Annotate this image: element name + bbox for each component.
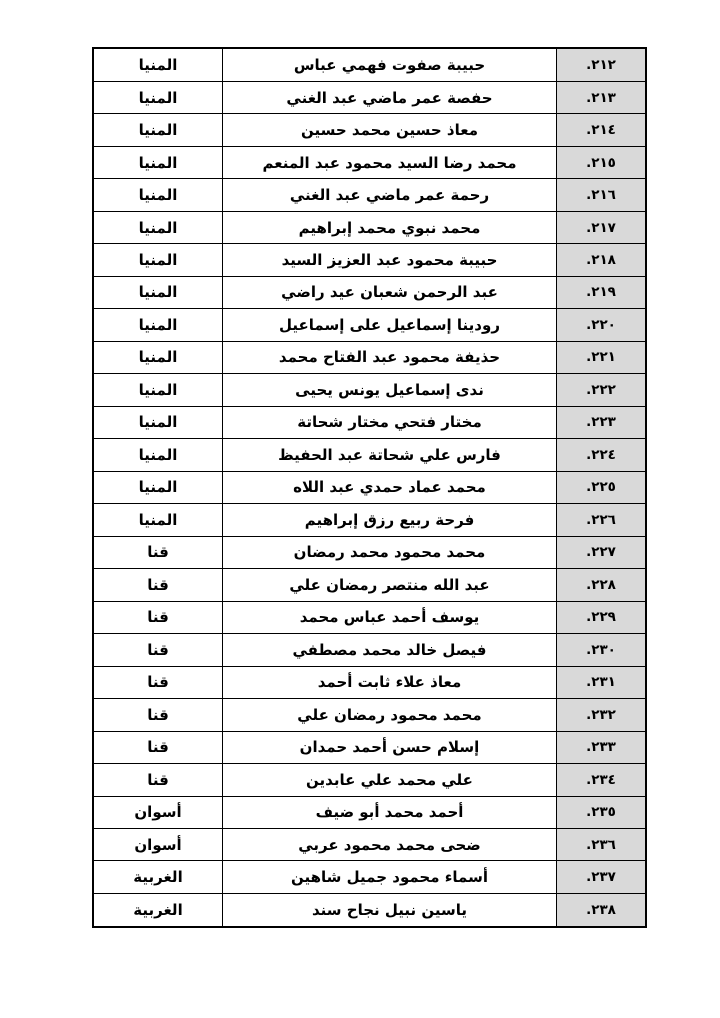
serial-number-cell: ٢١٣. (557, 81, 647, 113)
serial-number-cell: ٢٣٣. (557, 731, 647, 763)
serial-number-cell: ٢٣٥. (557, 796, 647, 828)
person-name-cell: محمد رضا السيد محمود عبد المنعم (223, 146, 557, 178)
table-row: ٢٢٠. رودينا إسماعيل على إسماعيل المنيا (93, 309, 646, 341)
person-name-cell: ياسين نبيل نجاح سند (223, 893, 557, 927)
governorate-cell: الغربية (93, 861, 223, 893)
governorate-cell: المنيا (93, 179, 223, 211)
governorate-cell: قنا (93, 569, 223, 601)
person-name-cell: حبيبة صفوت فهمي عباس (223, 48, 557, 81)
table-row: ٢٢٧. محمد محمود محمد رمضان قنا (93, 536, 646, 568)
person-name-cell: معاذ حسين محمد حسين (223, 114, 557, 146)
person-name-cell: علي محمد علي عابدين (223, 764, 557, 796)
serial-number-cell: ٢٢٣. (557, 406, 647, 438)
person-name-cell: فارس علي شحاتة عبد الحفيظ (223, 439, 557, 471)
serial-number-cell: ٢١٥. (557, 146, 647, 178)
table-row: ٢١٦. رحمة عمر ماضي عبد الغني المنيا (93, 179, 646, 211)
governorate-cell: قنا (93, 731, 223, 763)
table-row: ٢٣٠. فيصل خالد محمد مصطفي قنا (93, 634, 646, 666)
person-name-cell: يوسف أحمد عباس محمد (223, 601, 557, 633)
person-name-cell: فيصل خالد محمد مصطفي (223, 634, 557, 666)
governorate-cell: المنيا (93, 374, 223, 406)
person-name-cell: ندى إسماعيل يونس يحيى (223, 374, 557, 406)
person-name-cell: أسماء محمود جميل شاهين (223, 861, 557, 893)
person-name-cell: معاذ علاء ثابت أحمد (223, 666, 557, 698)
roster-table-body: ٢١٢. حبيبة صفوت فهمي عباس المنيا ٢١٣. حف… (93, 48, 646, 927)
person-name-cell: عبد الرحمن شعبان عيد راضي (223, 276, 557, 308)
serial-number-cell: ٢٣٨. (557, 893, 647, 927)
serial-number-cell: ٢١٢. (557, 48, 647, 81)
table-row: ٢٢٨. عبد الله منتصر رمضان علي قنا (93, 569, 646, 601)
table-row: ٢٢٤. فارس علي شحاتة عبد الحفيظ المنيا (93, 439, 646, 471)
serial-number-cell: ٢١٨. (557, 244, 647, 276)
governorate-cell: المنيا (93, 439, 223, 471)
governorate-cell: المنيا (93, 471, 223, 503)
serial-number-cell: ٢١٩. (557, 276, 647, 308)
person-name-cell: رودينا إسماعيل على إسماعيل (223, 309, 557, 341)
serial-number-cell: ٢٢٢. (557, 374, 647, 406)
serial-number-cell: ٢٢١. (557, 341, 647, 373)
table-row: ٢١٧. محمد نبوي محمد إبراهيم المنيا (93, 211, 646, 243)
governorate-cell: قنا (93, 536, 223, 568)
table-row: ٢١٩. عبد الرحمن شعبان عيد راضي المنيا (93, 276, 646, 308)
person-name-cell: إسلام حسن أحمد حمدان (223, 731, 557, 763)
governorate-cell: قنا (93, 699, 223, 731)
governorate-cell: المنيا (93, 48, 223, 81)
serial-number-cell: ٢٢٥. (557, 471, 647, 503)
person-name-cell: رحمة عمر ماضي عبد الغني (223, 179, 557, 211)
governorate-cell: المنيا (93, 114, 223, 146)
governorate-cell: أسوان (93, 828, 223, 860)
governorate-cell: الغربية (93, 893, 223, 927)
table-row: ٢٢٦. فرحة ربيع رزق إبراهيم المنيا (93, 504, 646, 536)
governorate-cell: قنا (93, 634, 223, 666)
table-row: ٢١٣. حفصة عمر ماضي عبد الغني المنيا (93, 81, 646, 113)
person-name-cell: حبيبة محمود عبد العزيز السيد (223, 244, 557, 276)
person-name-cell: محمد محمود محمد رمضان (223, 536, 557, 568)
governorate-cell: قنا (93, 666, 223, 698)
governorate-cell: المنيا (93, 211, 223, 243)
governorate-cell: المنيا (93, 81, 223, 113)
table-row: ٢١٥. محمد رضا السيد محمود عبد المنعم الم… (93, 146, 646, 178)
serial-number-cell: ٢٣٤. (557, 764, 647, 796)
person-name-cell: محمد محمود رمضان علي (223, 699, 557, 731)
governorate-cell: أسوان (93, 796, 223, 828)
document-page: ٢١٢. حبيبة صفوت فهمي عباس المنيا ٢١٣. حف… (0, 0, 720, 1018)
person-name-cell: مختار فتحي مختار شحاتة (223, 406, 557, 438)
table-row: ٢٢٥. محمد عماد حمدي عبد اللاه المنيا (93, 471, 646, 503)
serial-number-cell: ٢١٦. (557, 179, 647, 211)
serial-number-cell: ٢٢٠. (557, 309, 647, 341)
serial-number-cell: ٢٢٤. (557, 439, 647, 471)
serial-number-cell: ٢٣٧. (557, 861, 647, 893)
governorate-cell: المنيا (93, 504, 223, 536)
person-name-cell: فرحة ربيع رزق إبراهيم (223, 504, 557, 536)
serial-number-cell: ٢٢٩. (557, 601, 647, 633)
person-name-cell: أحمد محمد أبو ضيف (223, 796, 557, 828)
table-row: ٢٣٧. أسماء محمود جميل شاهين الغربية (93, 861, 646, 893)
governorate-cell: المنيا (93, 309, 223, 341)
person-name-cell: عبد الله منتصر رمضان علي (223, 569, 557, 601)
table-row: ٢٢٣. مختار فتحي مختار شحاتة المنيا (93, 406, 646, 438)
table-row: ٢٣٥. أحمد محمد أبو ضيف أسوان (93, 796, 646, 828)
table-row: ٢٣١. معاذ علاء ثابت أحمد قنا (93, 666, 646, 698)
person-name-cell: حفصة عمر ماضي عبد الغني (223, 81, 557, 113)
governorate-cell: قنا (93, 601, 223, 633)
governorate-cell: المنيا (93, 341, 223, 373)
person-name-cell: محمد نبوي محمد إبراهيم (223, 211, 557, 243)
serial-number-cell: ٢٣٦. (557, 828, 647, 860)
serial-number-cell: ٢٣١. (557, 666, 647, 698)
table-row: ٢١٤. معاذ حسين محمد حسين المنيا (93, 114, 646, 146)
governorate-cell: المنيا (93, 146, 223, 178)
table-row: ٢٢٩. يوسف أحمد عباس محمد قنا (93, 601, 646, 633)
serial-number-cell: ٢١٤. (557, 114, 647, 146)
table-row: ٢١٨. حبيبة محمود عبد العزيز السيد المنيا (93, 244, 646, 276)
table-row: ٢٣٣. إسلام حسن أحمد حمدان قنا (93, 731, 646, 763)
serial-number-cell: ٢٣٢. (557, 699, 647, 731)
serial-number-cell: ٢١٧. (557, 211, 647, 243)
governorate-cell: المنيا (93, 276, 223, 308)
governorate-cell: المنيا (93, 244, 223, 276)
table-row: ٢٣٦. ضحى محمد محمود عربي أسوان (93, 828, 646, 860)
table-row: ٢٣٢. محمد محمود رمضان علي قنا (93, 699, 646, 731)
serial-number-cell: ٢٢٦. (557, 504, 647, 536)
table-row: ٢٢١. حذيفة محمود عبد الفتاح محمد المنيا (93, 341, 646, 373)
person-name-cell: ضحى محمد محمود عربي (223, 828, 557, 860)
roster-table: ٢١٢. حبيبة صفوت فهمي عباس المنيا ٢١٣. حف… (92, 47, 647, 928)
person-name-cell: حذيفة محمود عبد الفتاح محمد (223, 341, 557, 373)
person-name-cell: محمد عماد حمدي عبد اللاه (223, 471, 557, 503)
serial-number-cell: ٢٣٠. (557, 634, 647, 666)
governorate-cell: قنا (93, 764, 223, 796)
governorate-cell: المنيا (93, 406, 223, 438)
table-row: ٢١٢. حبيبة صفوت فهمي عباس المنيا (93, 48, 646, 81)
serial-number-cell: ٢٢٧. (557, 536, 647, 568)
serial-number-cell: ٢٢٨. (557, 569, 647, 601)
table-row: ٢٣٨. ياسين نبيل نجاح سند الغربية (93, 893, 646, 927)
table-row: ٢٣٤. علي محمد علي عابدين قنا (93, 764, 646, 796)
table-row: ٢٢٢. ندى إسماعيل يونس يحيى المنيا (93, 374, 646, 406)
